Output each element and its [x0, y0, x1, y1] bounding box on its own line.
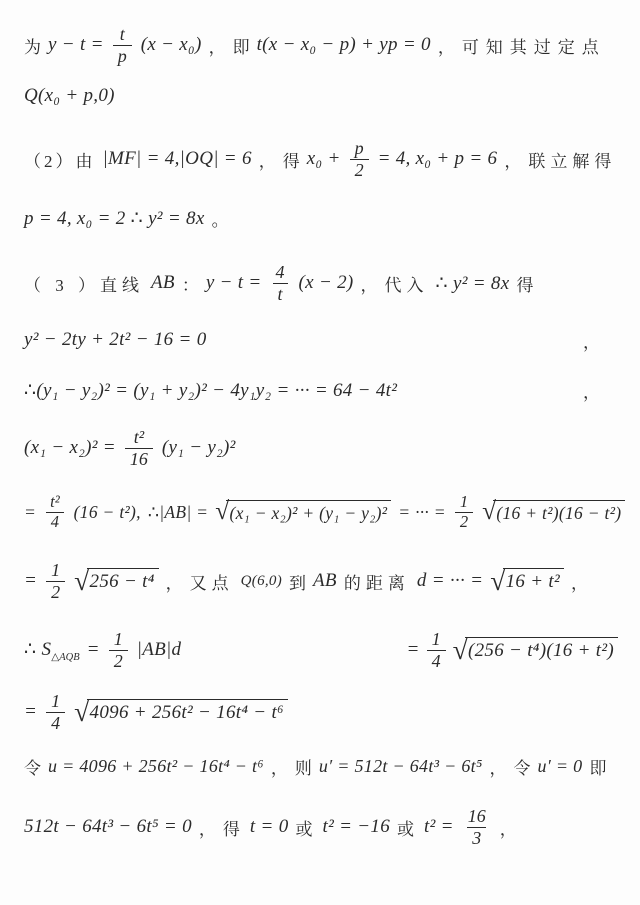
math-text: (x − 2): [299, 272, 354, 294]
fraction: 16 3: [463, 806, 491, 848]
comma: ，: [490, 754, 507, 779]
math-text: ∴(y₁ − y₂)² = (y₁ + y₂)² − 4y₁y₂ = ··· =…: [24, 379, 397, 402]
math-text: = 4, x₀ + p = 6: [378, 148, 498, 170]
math-text: t² =: [424, 816, 454, 838]
math-text: (x − x₀): [141, 34, 202, 56]
math-text: ∴|AB| =: [148, 502, 208, 523]
fraction: 1 2: [46, 560, 65, 602]
denominator: t: [273, 283, 288, 305]
numerator: t²: [129, 427, 149, 448]
cjk-text: 或: [296, 815, 316, 840]
math-line-12: = 1 4 √ 4096 + 256t² − 16t⁴ − t⁶: [24, 686, 618, 738]
comma: ，: [438, 33, 455, 58]
comma: ，: [583, 378, 600, 403]
cjk-text: 可知其过定点: [462, 33, 606, 58]
fraction: p 2: [350, 138, 369, 180]
math-text: =: [24, 570, 37, 592]
numerator: 1: [427, 629, 446, 650]
denominator: 4: [46, 512, 64, 532]
cjk-text: 则: [295, 754, 312, 779]
radical-sign: √: [490, 567, 505, 595]
cjk-text: 又点: [190, 569, 234, 594]
numerator: 1: [455, 493, 473, 512]
math-text: AB: [313, 570, 337, 592]
denominator: 2: [109, 650, 128, 672]
denominator: 2: [46, 581, 65, 603]
denominator: 3: [467, 827, 486, 849]
math-line-6: y² − 2ty + 2t² − 16 = 0 ，: [24, 324, 618, 356]
fraction: 1 4: [427, 629, 446, 671]
cjk-text: 的距离: [344, 569, 410, 594]
document-page: 为 y − t = t p (x − x₀) ， 即 t(x − x₀ − p)…: [0, 0, 640, 905]
math-text: Q(6,0): [241, 573, 282, 590]
radical-sign: √: [482, 499, 496, 524]
math-text: y − t =: [206, 272, 262, 294]
radicand: (x₁ − x₂)² + (y₁ − y₂)²: [226, 500, 391, 524]
math-text: (x₁ − x₂)² =: [24, 437, 116, 459]
math-text: = ··· =: [398, 502, 446, 523]
fraction: 4 t: [271, 262, 290, 304]
comma: ，: [199, 815, 216, 840]
math-text: x₀ +: [307, 148, 341, 170]
numerator: 1: [46, 691, 65, 712]
math-line-1: 为 y − t = t p (x − x₀) ， 即 t(x − x₀ − p)…: [24, 24, 618, 66]
comma: ，: [571, 569, 588, 594]
cjk-text: 或: [397, 815, 417, 840]
cjk-text: 得: [283, 147, 300, 172]
fraction: 1 2: [455, 493, 473, 532]
math-text: u = 4096 + 256t² − 16t⁴ − t⁶: [48, 756, 264, 777]
square-root: √ (256 − t⁴)(16 + t²): [453, 637, 618, 665]
cjk-text: 即: [589, 754, 606, 779]
numerator: 4: [271, 262, 290, 283]
cjk-text: 到: [289, 569, 306, 594]
radical-sign: √: [74, 698, 89, 726]
denominator: 2: [455, 512, 473, 532]
period: 。: [212, 206, 229, 231]
radicand: (16 + t²)(16 − t²): [493, 500, 625, 524]
radical-sign: √: [74, 567, 89, 595]
cjk-text: （ 3 ）直线: [24, 271, 144, 296]
math-text: (y₁ − y₂)²: [162, 437, 236, 459]
comma: ，: [361, 271, 378, 296]
fraction: t² 16: [125, 427, 153, 469]
comma: ，: [500, 815, 517, 840]
math-text: t² = −16: [323, 816, 391, 838]
cjk-text: 令: [24, 754, 41, 779]
radical-sign: √: [453, 636, 468, 664]
math-line-13: 令 u = 4096 + 256t² − 16t⁴ − t⁶ ， 则 u′ = …: [24, 750, 618, 782]
comma: ，: [504, 147, 521, 172]
comma: ，: [166, 569, 183, 594]
comma: ，: [209, 33, 226, 58]
math-text: u′ = 512t − 64t³ − 6t⁵: [319, 756, 483, 777]
cjk-text: 得: [223, 815, 243, 840]
math-line-10: = 1 2 √ 256 − t⁴ ， 又点 Q(6,0) 到 AB 的距离 d …: [24, 554, 618, 608]
comma: ，: [271, 754, 288, 779]
numerator: t: [115, 24, 130, 45]
square-root: √ (x₁ − x₂)² + (y₁ − y₂)²: [215, 500, 391, 525]
numerator: p: [350, 138, 369, 159]
math-text: =: [24, 701, 37, 723]
colon: ：: [182, 271, 199, 296]
radicand: 256 − t⁴: [87, 568, 159, 593]
math-text: t(x − x₀ − p) + yp = 0: [257, 34, 431, 56]
fraction: t p: [113, 24, 132, 66]
math-line-14: 512t − 64t³ − 6t⁵ = 0 ， 得 t = 0 或 t² = −…: [24, 798, 618, 856]
math-text: u′ = 0: [538, 756, 583, 777]
cjk-text: 代入: [385, 271, 429, 296]
comma: ，: [259, 147, 276, 172]
radicand: (256 − t⁴)(16 + t²): [465, 637, 618, 662]
numerator: 1: [109, 629, 128, 650]
cjk-text: 联立解得: [528, 147, 616, 172]
fraction: t² 4: [45, 493, 65, 532]
math-text: |MF| = 4,|OQ| = 6: [103, 148, 252, 170]
math-text: p = 4, x₀ = 2 ∴ y² = 8x: [24, 207, 205, 230]
square-root: √ 16 + t²: [490, 568, 564, 596]
comma: ，: [583, 328, 600, 353]
math-text: 512t − 64t³ − 6t⁵ = 0: [24, 816, 192, 838]
numerator: t²: [45, 493, 65, 512]
cjk-text: 即: [233, 33, 250, 58]
math-line-5: （ 3 ）直线 AB ： y − t = 4 t (x − 2) ， 代入 ∴ …: [24, 256, 618, 310]
denominator: p: [113, 45, 132, 67]
math-text: =: [24, 502, 36, 523]
square-root: √ 256 − t⁴: [74, 568, 159, 596]
math-line-11: ∴ S△AQB = 1 2 |AB|d = 1 4 √ (256 − t⁴)(1…: [24, 622, 618, 678]
radicand: 16 + t²: [503, 568, 564, 593]
denominator: 4: [427, 650, 446, 672]
cjk-text: 令: [514, 754, 531, 779]
math-text: =: [87, 639, 100, 661]
math-text: y² − 2ty + 2t² − 16 = 0: [24, 329, 207, 351]
square-root: √ (16 + t²)(16 − t²): [482, 500, 625, 525]
numerator: 1: [46, 560, 65, 581]
math-text: |AB|d: [137, 639, 182, 661]
math-text: ∴ S△AQB: [24, 638, 80, 663]
math-line-9: = t² 4 (16 − t²), ∴|AB| = √ (x₁ − x₂)² +…: [24, 484, 618, 540]
numerator: 16: [463, 806, 491, 827]
denominator: 4: [46, 712, 65, 734]
radicand: 4096 + 256t² − 16t⁴ − t⁶: [87, 699, 288, 724]
cjk-text: 得: [516, 271, 533, 296]
radical-sign: √: [215, 499, 229, 524]
fraction: 1 2: [109, 629, 128, 671]
math-line-8: (x₁ − x₂)² = t² 16 (y₁ − y₂)²: [24, 422, 618, 474]
math-text: y − t =: [48, 34, 104, 56]
denominator: 16: [125, 448, 153, 470]
math-text: AB: [151, 272, 175, 294]
cjk-text: （2）由: [24, 147, 96, 172]
math-line-2: Q(x₀ + p,0): [24, 80, 618, 112]
math-text: =: [406, 639, 419, 661]
math-text: ∴ y² = 8x: [436, 272, 510, 295]
math-line-3: （2）由 |MF| = 4,|OQ| = 6 ， 得 x₀ + p 2 = 4,…: [24, 132, 618, 186]
math-text: d = ··· =: [417, 570, 483, 592]
cjk-text: 为: [24, 33, 41, 58]
right-aligned-expression: = 1 4 √ (256 − t⁴)(16 + t²): [406, 629, 618, 671]
subscript: △AQB: [51, 652, 79, 663]
denominator: 2: [350, 159, 369, 181]
math-text: Q(x₀ + p,0): [24, 85, 115, 107]
fraction: 1 4: [46, 691, 65, 733]
square-root: √ 4096 + 256t² − 16t⁴ − t⁶: [74, 699, 288, 727]
math-text: t = 0: [250, 816, 289, 838]
math-line-7: ∴(y₁ − y₂)² = (y₁ + y₂)² − 4y₁y₂ = ··· =…: [24, 374, 618, 406]
math-line-4: p = 4, x₀ = 2 ∴ y² = 8x 。: [24, 202, 618, 234]
math-text: (16 − t²),: [74, 502, 141, 523]
